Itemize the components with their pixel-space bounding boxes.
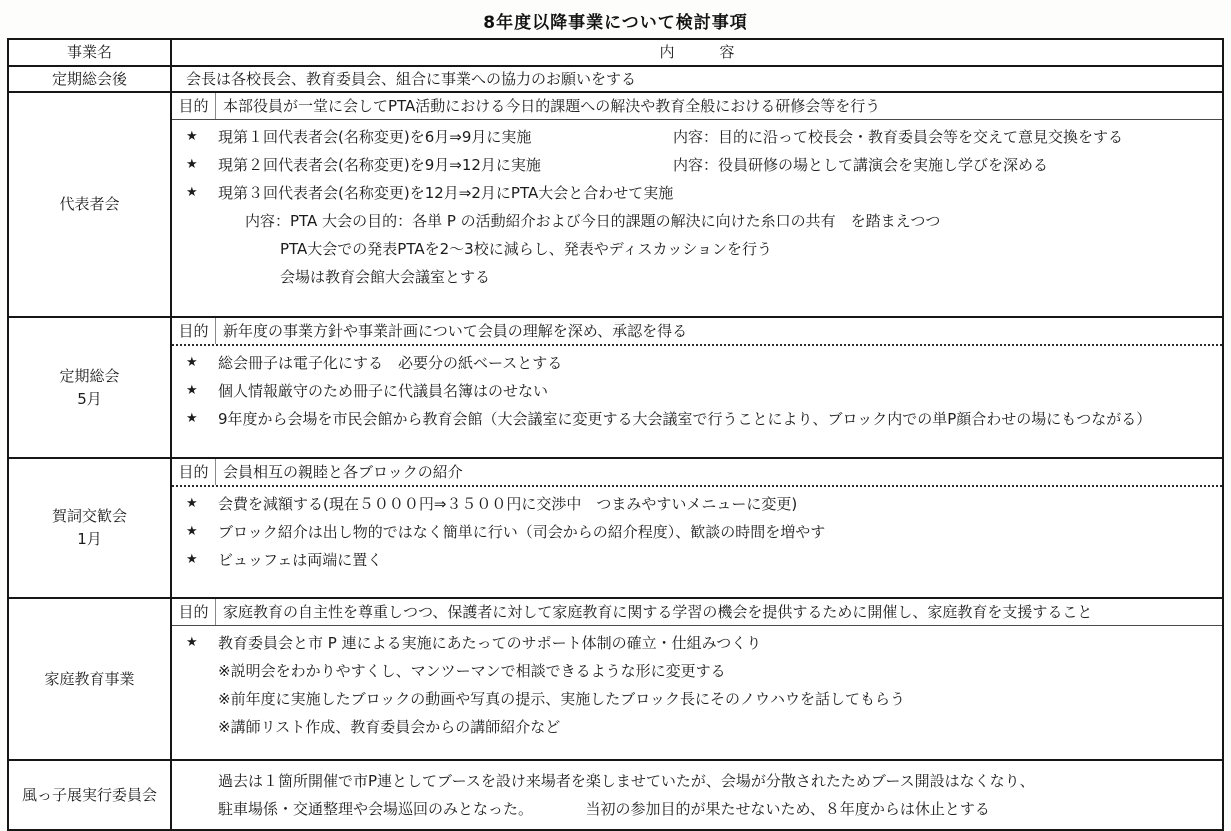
row-name-line: 賀詞交歓会 bbox=[52, 505, 127, 528]
purpose-label: 目的 bbox=[172, 93, 216, 119]
table-row-teiki-sokai-go: 定期総会後 会長は各校長会、教育委員会、組合に事業への協力のお願いをする bbox=[9, 65, 1222, 91]
note-line: ※説明会をわかりやすくし、マンツーマンで相談できるような形に変更する bbox=[172, 657, 1222, 685]
star-item-text: 現第２回代表者会(名称変更)を9月⇒12月に実施 bbox=[218, 151, 673, 179]
purpose-text: 会員相互の親睦と各ブロックの紹介 bbox=[216, 459, 463, 485]
row-name-daihyoshakai: 代表者会 bbox=[9, 93, 172, 316]
purpose-row: 目的 本部役員が一堂に会してPTA活動における今日的課題への解決や教育全般におけ… bbox=[172, 93, 1222, 120]
list-item: ★ ブロック紹介は出し物的ではなく簡単に行い（司会からの紹介程度）、歓談の時間を… bbox=[172, 518, 1222, 546]
list-item: ★ 会費を減額する(現在５０００円⇒３５００円に交渉中 つまみやすいメニューに変… bbox=[172, 490, 1222, 518]
star-icon: ★ bbox=[172, 377, 218, 405]
list-item: ★ 総会冊子は電子化にする 必要分の紙ベースとする bbox=[172, 349, 1222, 377]
star-item-text: 現第１回代表者会(名称変更)を6月⇒9月に実施 bbox=[218, 123, 673, 151]
purpose-label: 目的 bbox=[172, 599, 216, 625]
row-name-katei-kyoiku: 家庭教育事業 bbox=[9, 599, 172, 759]
purpose-text: 家庭教育の自主性を尊重しつつ、保護者に対して家庭教育に関する学習の機会を提供する… bbox=[216, 599, 1092, 625]
star-icon: ★ bbox=[172, 123, 218, 151]
star-item-text: 現第３回代表者会(名称変更)を12月⇒2月にPTA大会と合わせて実施 bbox=[218, 179, 673, 207]
row-name-teiki-sokai: 定期総会 5月 bbox=[9, 318, 172, 457]
purpose-label: 目的 bbox=[172, 318, 216, 344]
star-icon: ★ bbox=[172, 629, 218, 657]
row-name-kazakko-ten: 風っ子展実行委員会 bbox=[9, 761, 172, 829]
table-row-kazakko-ten: 風っ子展実行委員会 過去は１箇所開催で市P連としてブースを設け来場者を楽しませて… bbox=[9, 759, 1222, 829]
row-name-line: 定期総会 bbox=[59, 365, 119, 388]
list-item: ★ 現第３回代表者会(名称変更)を12月⇒2月にPTA大会と合わせて実施 bbox=[172, 179, 1222, 207]
purpose-row: 目的 会員相互の親睦と各ブロックの紹介 bbox=[172, 459, 1222, 487]
col-header-content: 内 容 bbox=[172, 40, 1222, 65]
star-item-text: ビュッフェは両端に置く bbox=[218, 546, 382, 574]
star-item-text: 教育委員会と市 P 連による実施にあたってのサポート体制の確立・仕組みつくり bbox=[218, 629, 761, 657]
note-line: PTA大会での発表PTAを2～3校に減らし、発表やディスカッションを行う bbox=[172, 235, 1222, 263]
star-item-text: 個人情報厳守のため冊子に代議員名簿はのせない bbox=[218, 377, 548, 405]
row-name-teiki-sokai-go: 定期総会後 bbox=[9, 67, 172, 91]
list-item: ★ 現第１回代表者会(名称変更)を6月⇒9月に実施 内容：目的に沿って校長会・教… bbox=[172, 123, 1222, 151]
star-item-subtext: 内容：目的に沿って校長会・教育委員会等を交えて意見交換をする bbox=[673, 123, 1123, 151]
purpose-label: 目的 bbox=[172, 459, 216, 485]
star-icon: ★ bbox=[172, 151, 218, 179]
col-header-business-name: 事業名 bbox=[9, 40, 172, 65]
table-row-katei-kyoiku: 家庭教育事業 目的 家庭教育の自主性を尊重しつつ、保護者に対して家庭教育に関する… bbox=[9, 597, 1222, 759]
purpose-row: 目的 新年度の事業方針や事業計画について会員の理解を深め、承認を得る bbox=[172, 318, 1222, 346]
list-item: ★ ビュッフェは両端に置く bbox=[172, 546, 1222, 574]
star-icon: ★ bbox=[172, 349, 218, 377]
purpose-text: 本部役員が一堂に会してPTA活動における今日的課題への解決や教育全般における研修… bbox=[216, 93, 880, 119]
star-icon: ★ bbox=[172, 179, 218, 207]
table-row-daihyoshakai: 代表者会 目的 本部役員が一堂に会してPTA活動における今日的課題への解決や教育… bbox=[9, 91, 1222, 316]
star-item-subtext: 内容：役員研修の場として講演会を実施し学びを深める bbox=[673, 151, 1048, 179]
star-item-text: 9年度から会場を市民会館から教育会館（大会議室に変更する大会議室で行うことにより… bbox=[218, 405, 1151, 433]
star-item-text: ブロック紹介は出し物的ではなく簡単に行い（司会からの紹介程度）、歓談の時間を増や… bbox=[218, 518, 825, 546]
table-row-teiki-sokai: 定期総会 5月 目的 新年度の事業方針や事業計画について会員の理解を深め、承認を… bbox=[9, 316, 1222, 457]
content-line: 会長は各校長会、教育委員会、組合に事業への協力のお願いをする bbox=[172, 67, 1222, 91]
star-icon: ★ bbox=[172, 546, 218, 574]
note-line: ※講師リスト作成、教育委員会からの講師紹介など bbox=[172, 713, 1222, 741]
list-item: ★ 現第２回代表者会(名称変更)を9月⇒12月に実施 内容：役員研修の場として講… bbox=[172, 151, 1222, 179]
star-icon: ★ bbox=[172, 518, 218, 546]
star-item-text: 総会冊子は電子化にする 必要分の紙ベースとする bbox=[218, 349, 562, 377]
purpose-text: 新年度の事業方針や事業計画について会員の理解を深め、承認を得る bbox=[216, 318, 687, 344]
content-line: 過去は１箇所開催で市P連としてブースを設け来場者を楽しませていたが、会場が分散さ… bbox=[172, 767, 1222, 795]
list-item: ★ 教育委員会と市 P 連による実施にあたってのサポート体制の確立・仕組みつくり bbox=[172, 629, 1222, 657]
page-title: 8年度以降事業について検討事項 bbox=[0, 0, 1231, 38]
note-line: 内容：PTA 大会の目的：各単 P の活動紹介および今日的課題の解決に向けた糸口… bbox=[172, 207, 1222, 235]
star-icon: ★ bbox=[172, 490, 218, 518]
star-icon: ★ bbox=[172, 405, 218, 433]
header-row: 事業名 内 容 bbox=[9, 40, 1222, 65]
review-table: 事業名 内 容 定期総会後 会長は各校長会、教育委員会、組合に事業への協力のお願… bbox=[7, 38, 1224, 831]
row-name-month: 5月 bbox=[77, 388, 102, 411]
star-item-text: 会費を減額する(現在５０００円⇒３５００円に交渉中 つまみやすいメニューに変更) bbox=[218, 490, 797, 518]
purpose-row: 目的 家庭教育の自主性を尊重しつつ、保護者に対して家庭教育に関する学習の機会を提… bbox=[172, 599, 1222, 626]
list-item: ★ 9年度から会場を市民会館から教育会館（大会議室に変更する大会議室で行うことに… bbox=[172, 405, 1222, 433]
content-line: 駐車場係・交通整理や会場巡回のみとなった。 当初の参加目的が果たせないため、８年… bbox=[172, 795, 1222, 823]
list-item: ★ 個人情報厳守のため冊子に代議員名簿はのせない bbox=[172, 377, 1222, 405]
note-line: 会場は教育会館大会議室とする bbox=[172, 263, 1222, 291]
table-row-gashi-kokankai: 賀詞交歓会 1月 目的 会員相互の親睦と各ブロックの紹介 ★ 会費を減額する(現… bbox=[9, 457, 1222, 597]
row-name-month: 1月 bbox=[77, 528, 102, 551]
row-name-gashi-kokankai: 賀詞交歓会 1月 bbox=[9, 459, 172, 597]
note-line: ※前年度に実施したブロックの動画や写真の提示、実施したブロック長にそのノウハウを… bbox=[172, 685, 1222, 713]
